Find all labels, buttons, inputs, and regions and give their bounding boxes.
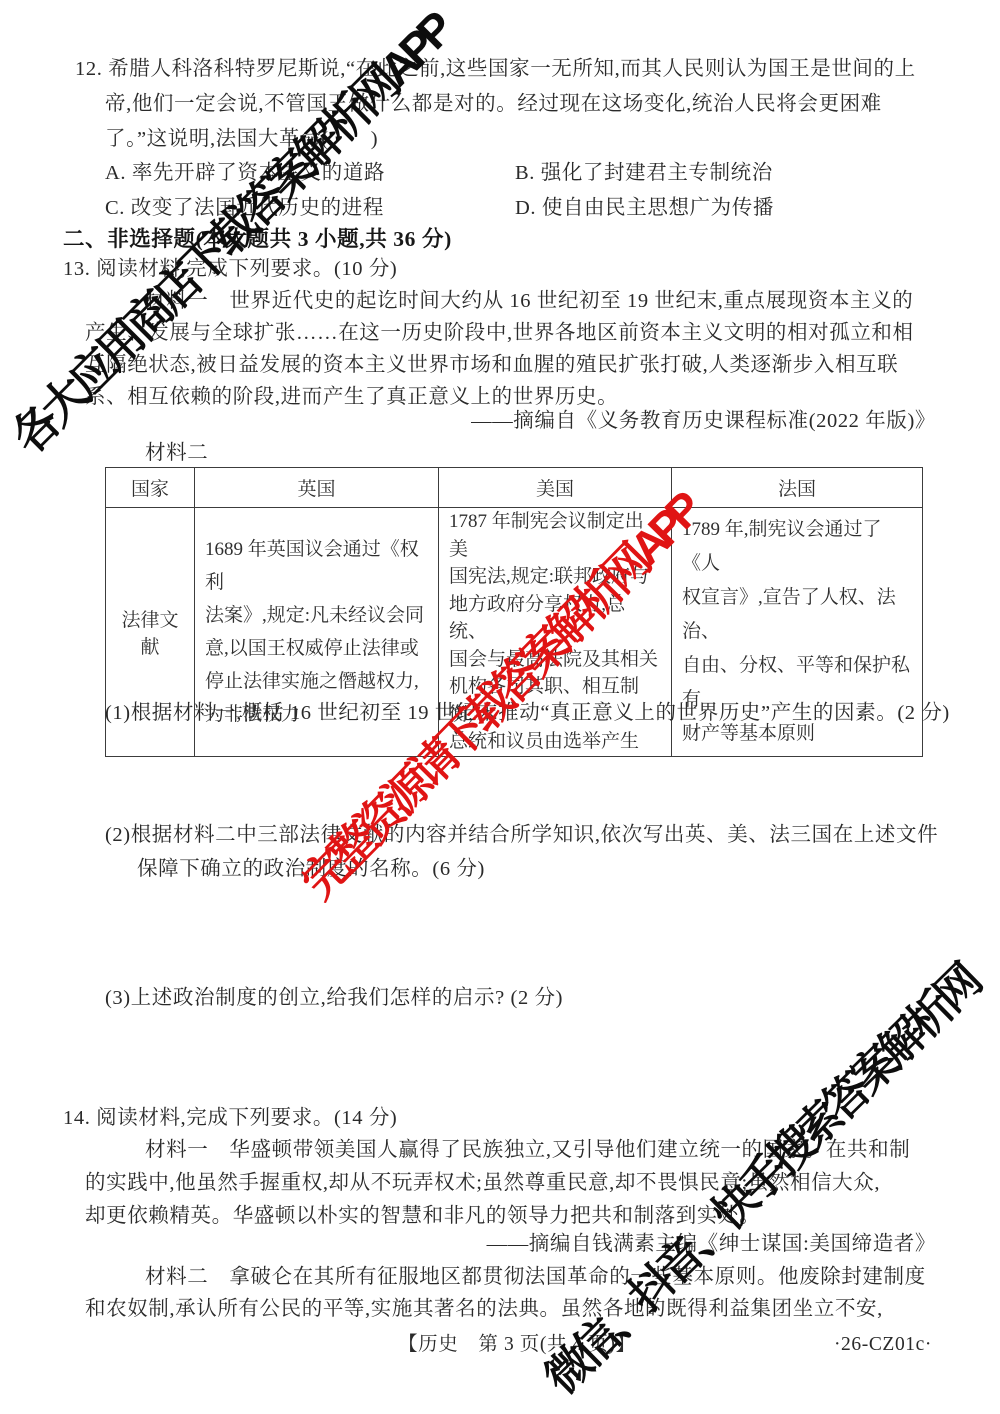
table-header-country: 国家 (106, 468, 195, 508)
q13-material2-label: 材料二 (145, 441, 208, 465)
q13-sub3: (3)上述政治制度的创立,给我们怎样的启示? (2 分) (105, 986, 563, 1010)
q14-stem: 14. 阅读材料,完成下列要求。(14 分) (63, 1106, 397, 1130)
q12-line-3: 了。”这说明,法国大革命( ) (105, 127, 378, 151)
q13-sub1: (1)根据材料一,概括 16 世纪初至 19 世纪末推动“真正意义上的世界历史”… (105, 701, 950, 725)
q12-line-2: 帝,他们一定会说,不管国王做什么都是对的。经过现在这场变化,统治人民将会更困难 (105, 92, 882, 116)
q12-option-b: B. 强化了封建君主专制统治 (515, 161, 773, 185)
q13-material1-line-2: 产生、发展与全球扩张……在这一历史阶段中,世界各地区前资本主义文明的相对孤立和相 (85, 321, 914, 345)
q14-material1-line-1: 材料一 华盛顿带领美国人赢得了民族独立,又引导他们建立统一的国家。在共和制 (145, 1138, 910, 1162)
q14-material2-line-2: 和农奴制,承认所有公民的平等,实施其著名的法典。虽然各地的既得利益集团坐立不安, (85, 1297, 883, 1321)
q13-sub2-line-1: (2)根据材料二中三部法律文献的内容并结合所学知识,依次写出英、美、法三国在上述… (105, 823, 938, 847)
q12-option-c: C. 改变了法国近代历史的进程 (105, 196, 384, 220)
q13-material1-line-3: 互隔绝状态,被日益发展的资本主义世界市场和血腥的殖民扩张打破,人类逐渐步入相互联 (85, 353, 898, 377)
footer-paper-code: ·26-CZ01c· (834, 1333, 932, 1357)
q14-material1-line-2: 的实践中,他虽然手握重权,却从不玩弄权术;虽然尊重民意,却不畏惧民意;虽然相信大… (85, 1171, 880, 1195)
q13-material1-line-1: 材料一 世界近代史的起讫时间大约从 16 世纪初至 19 世纪末,重点展现资本主… (145, 289, 913, 313)
table-header-france: 法国 (672, 468, 923, 508)
q13-sub2-line-2: 保障下确立的政治制度的名称。(6 分) (137, 857, 485, 881)
q13-stem: 13. 阅读材料,完成下列要求。(10 分) (63, 257, 397, 281)
exam-page: 12. 希腊人科洛科特罗尼斯说,“在此之前,这些国家一无所知,而其人民则认为国王… (0, 0, 1000, 1414)
q14-material1-line-3: 却更依赖精英。华盛顿以朴实的智慧和非凡的领导力把共和制落到实处。 (85, 1204, 760, 1228)
q12-option-d: D. 使自由民主思想广为传播 (515, 196, 774, 220)
section-2-heading: 二、非选择题(本大题共 3 小题,共 36 分) (63, 227, 452, 251)
q13-material1-source: ——摘编自《义务教育历史课程标准(2022 年版)》 (471, 409, 936, 433)
table-header-usa: 美国 (439, 468, 672, 508)
q14-material2-line-1: 材料二 拿破仑在其所有征服地区都贯彻法国革命的一些基本原则。他废除封建制度 (145, 1265, 926, 1289)
footer-page-label: 【历史 第 3 页(共 4 页)】 (398, 1333, 636, 1357)
table-header-britain: 英国 (195, 468, 439, 508)
q12-option-a: A. 率先开辟了资本主义的道路 (105, 161, 385, 185)
q13-material1-line-4: 系、相互依赖的阶段,进而产生了真正意义上的世界历史。 (85, 385, 618, 409)
q14-material1-source: ——摘编自钱满素主编《绅士谋国:美国缔造者》 (487, 1232, 936, 1256)
q12-line-1: 12. 希腊人科洛科特罗尼斯说,“在此之前,这些国家一无所知,而其人民则认为国王… (75, 57, 916, 81)
